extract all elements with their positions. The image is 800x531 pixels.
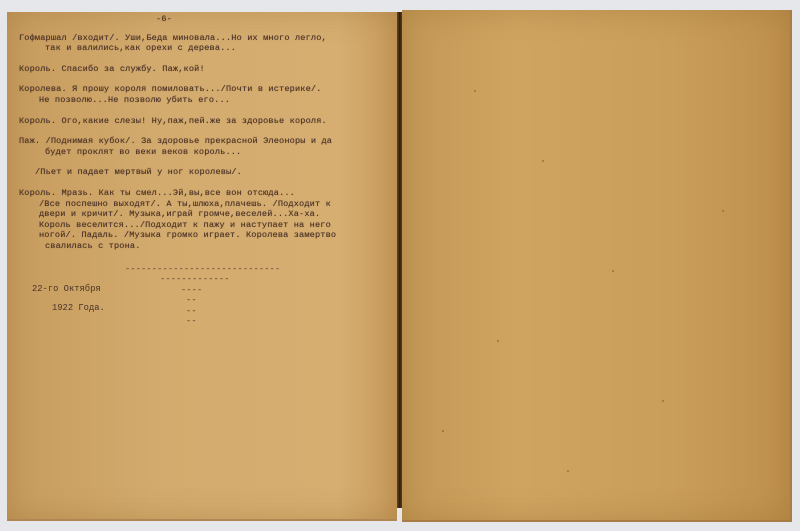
speech-continuation: будет проклят во веки веков король... <box>19 147 394 158</box>
separator-line: ------------- <box>160 274 230 284</box>
speech-text: Королева. Я прошу короля помиловать.../П… <box>19 84 322 94</box>
separator-line: -- <box>186 295 197 305</box>
speech-continuation: двери и кричит/. Музыка,играй громче,вес… <box>19 209 394 220</box>
line-king-1: Король. Спасибо за службу. Паж,кой! <box>19 64 394 75</box>
speech-text: Король. Спасибо за службу. Паж,кой! <box>19 64 205 74</box>
line-page: Паж. /Поднимая кубок/. За здоровье прекр… <box>19 136 394 157</box>
separator-line: -- <box>186 316 197 326</box>
speech-continuation: свалилась с трона. <box>19 241 394 252</box>
speech-text: Паж. /Поднимая кубок/. За здоровье прекр… <box>19 136 332 146</box>
speech-continuation: /Все поспешно выходят/. А ты,шлюха,плаче… <box>19 199 394 210</box>
open-booklet: -6- Гофмаршал /входит/. Уши,Беда миновал… <box>0 0 800 531</box>
typewritten-text: -6- Гофмаршал /входит/. Уши,Беда миновал… <box>19 14 394 262</box>
page-number: -6- <box>19 14 309 25</box>
line-hofmarshal: Гофмаршал /входит/. Уши,Беда миновала...… <box>19 33 394 54</box>
speech-text: Гофмаршал /входит/. Уши,Беда миновала...… <box>19 33 327 43</box>
separator-line: -- <box>186 306 197 316</box>
speech-continuation: Король веселится.../Подходит к пажу и на… <box>19 220 394 231</box>
separator-line: ----------------------------- <box>125 264 280 274</box>
date-day: 22-го Октября <box>32 284 101 294</box>
separator-line: ---- <box>181 285 202 295</box>
line-queen: Королева. Я прошу короля помиловать.../П… <box>19 84 394 105</box>
line-king-2: Король. Ого,какие слезы! Ну,паж,пей.же з… <box>19 116 394 127</box>
stage-direction: /Пьет и падает мертвый у ног королевы/. <box>19 167 394 178</box>
speech-text: Король. Ого,какие слезы! Ну,паж,пей.же з… <box>19 116 327 126</box>
speech-continuation: так и валились,как орехи с дерева... <box>19 43 394 54</box>
right-page-blank <box>402 10 792 522</box>
speech-continuation: Не позволю...Не позволю убить его... <box>19 95 394 106</box>
line-king-3: Король. Мразь. Как ты смел...Эй,вы,все в… <box>19 188 394 252</box>
speech-text: Король. Мразь. Как ты смел...Эй,вы,все в… <box>19 188 295 198</box>
speech-continuation: ногой/. Падаль. /Музыка громко играет. К… <box>19 230 394 241</box>
date-year: 1922 Года. <box>52 303 105 313</box>
